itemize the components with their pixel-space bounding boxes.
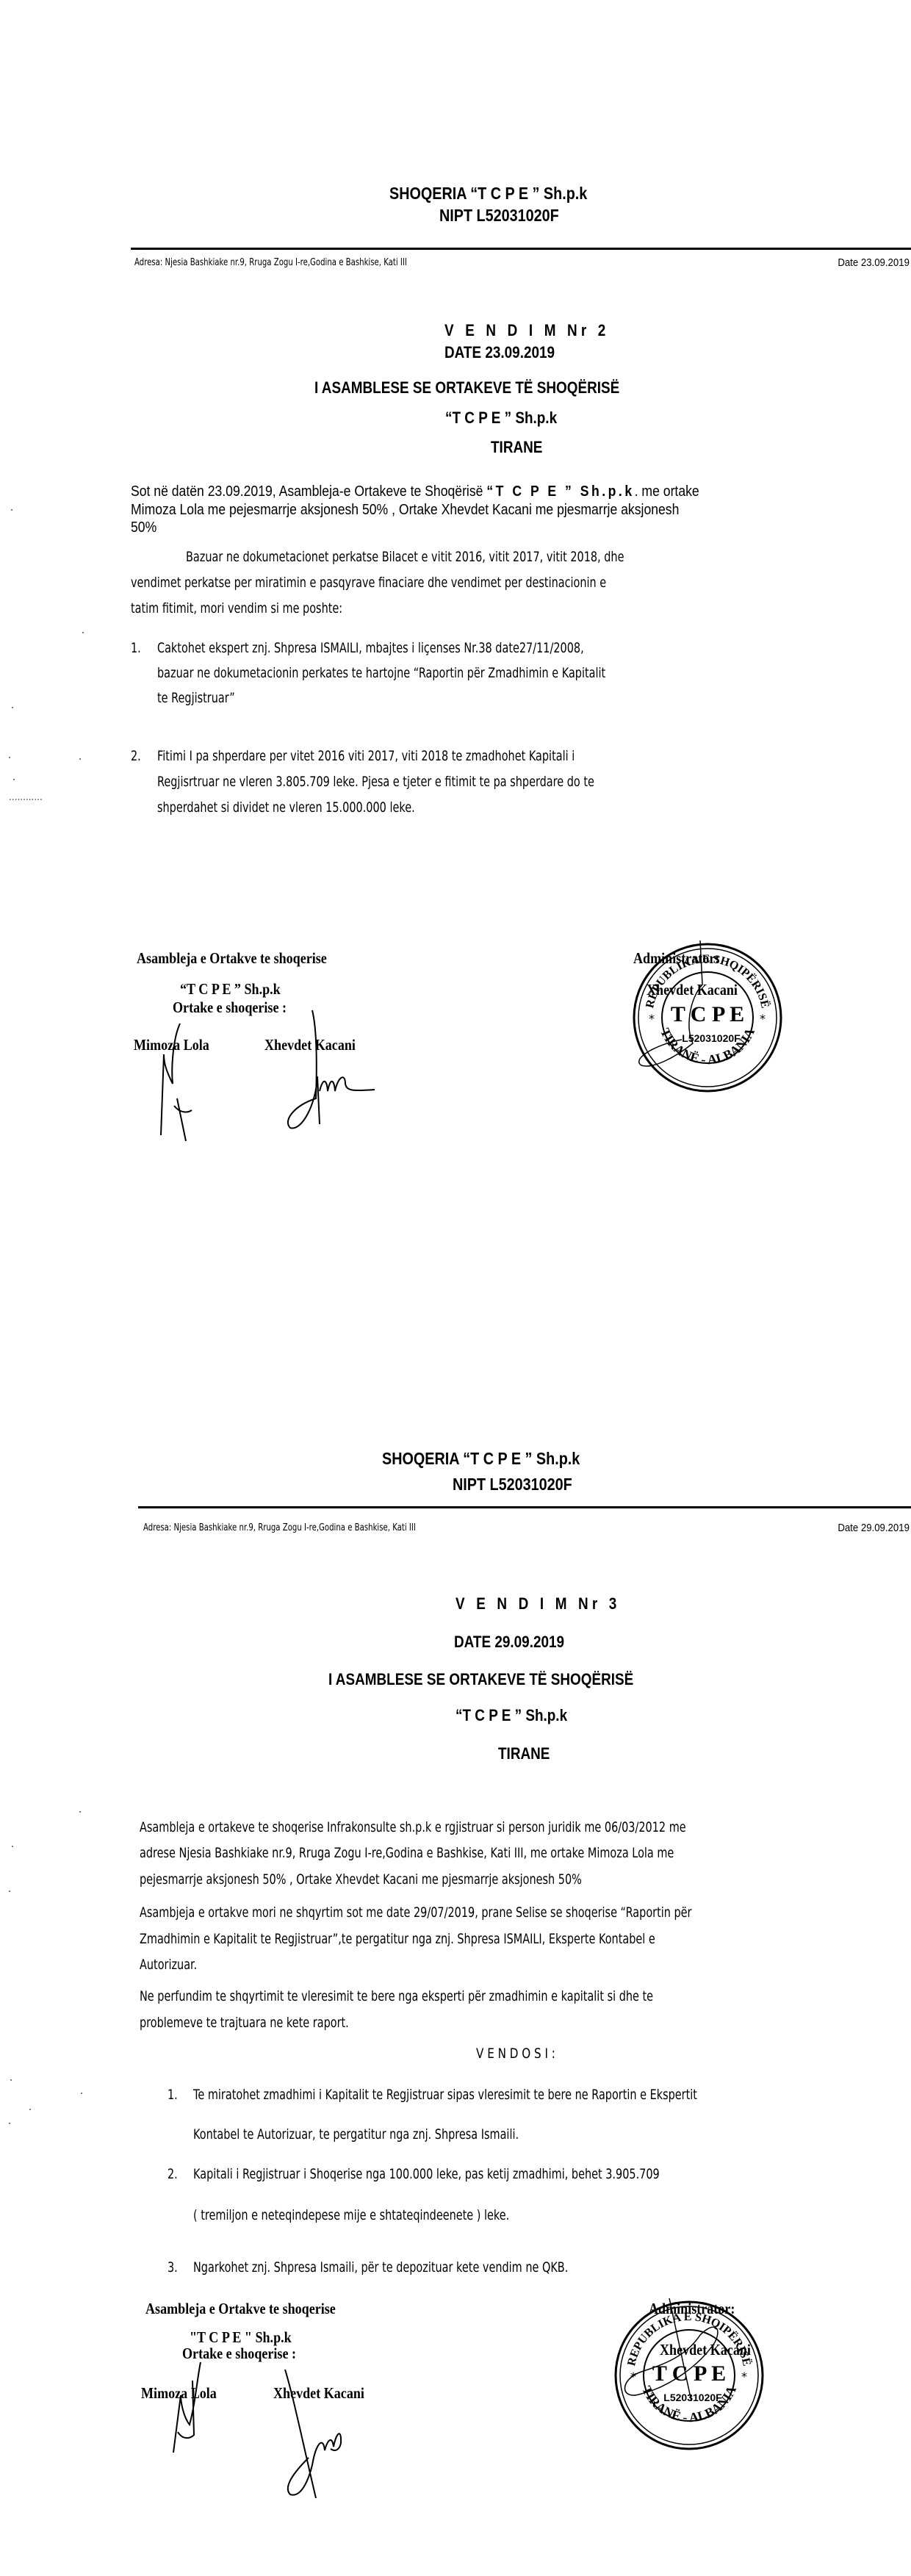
item-2-number: 2. bbox=[131, 748, 141, 764]
p2-item-1-line-2: Kontabel te Autorizuar, te pergatitur ng… bbox=[193, 2126, 519, 2143]
company-nipt: NIPT L52031020F bbox=[439, 206, 559, 226]
stamp-center-text: T C P E bbox=[671, 1002, 744, 1026]
paragraph-1-line-2: adrese Njesia Bashkiake nr.9, Rruga Zogu… bbox=[140, 1845, 674, 1861]
basis-line-1: Bazuar ne dokumetacionet perkatse Bilace… bbox=[186, 549, 624, 565]
partner-2-signature-icon bbox=[264, 1010, 382, 1135]
p2-item-1-number: 1. bbox=[168, 2087, 178, 2103]
paragraph-1-line-1: Asambleja e ortakeve te shoqerise Infrak… bbox=[140, 1819, 686, 1835]
intro-text-end: . me ortake bbox=[635, 483, 699, 500]
paragraph-3-line-1: Ne perfundim te shqyrtimit te vleresimit… bbox=[140, 1988, 653, 2004]
decision-number-2: V E N D I M Nr 3 bbox=[455, 1594, 621, 1613]
svg-text:*: * bbox=[760, 1012, 766, 1026]
p2-item-2-line-1: Kapitali i Regjistruar i Shoqerise nga 1… bbox=[193, 2166, 660, 2182]
paragraph-1-line-3: pejesmarrje aksjonesh 50% , Ortake Xhevd… bbox=[140, 1871, 582, 1888]
decision-date-2: DATE 29.09.2019 bbox=[454, 1633, 564, 1652]
item-1-line-1: Caktohet ekspert znj. Shpresa ISMAILI, m… bbox=[157, 640, 584, 656]
intro-text: Sot në datën 23.09.2019, Asambleja-e Ort… bbox=[131, 483, 486, 500]
intro-line-1: Sot në datën 23.09.2019, Asambleja-e Ort… bbox=[131, 483, 699, 500]
company-name: SHOQERIA “T C P E ” Sh.p.k bbox=[389, 184, 587, 204]
paragraph-2-line-2: Zmadhimin e Kapitalit te Regjistruar”,te… bbox=[140, 1931, 655, 1947]
p2-item-3-line-1: Ngarkohet znj. Shpresa Ismaili, për te d… bbox=[193, 2259, 568, 2275]
intro-line-3: 50% bbox=[131, 519, 156, 536]
intro-line-2: Mimoza Lola me pejesmarrje aksjonesh 50%… bbox=[131, 502, 679, 519]
stamp-outer-text: REPUBLIKA E SHQIPËRISË bbox=[644, 953, 772, 1010]
basis-line-2: vendimet perkatse per miratimin e pasqyr… bbox=[131, 575, 606, 591]
svg-text:REPUBLIKA E SHQIPËRISË: REPUBLIKA E SHQIPËRISË bbox=[625, 2311, 754, 2367]
header-date: Date 23.09.2019 bbox=[838, 256, 910, 269]
item-1-line-2: bazuar ne dokumetacionin perkates te har… bbox=[157, 665, 605, 681]
svg-text:REPUBLIKA E SHQIPËRISË: REPUBLIKA E SHQIPËRISË bbox=[644, 953, 772, 1010]
basis-line-3: tatim fitimit, mori vendim si me poshte: bbox=[131, 600, 342, 616]
decided-label: VENDOSI: bbox=[476, 2046, 559, 2062]
company-address-2: Adresa: Njesia Bashkiake nr.9, Rruga Zog… bbox=[143, 1522, 416, 1533]
paragraph-2-line-3: Autorizuar. bbox=[140, 1957, 197, 1973]
company-name-2: SHOQERIA “T C P E ” Sh.p.k bbox=[382, 1449, 580, 1469]
company-title: “T C P E ” Sh.p.k bbox=[445, 409, 557, 428]
svg-text:*: * bbox=[741, 2370, 747, 2383]
company-title-2: “T C P E ” Sh.p.k bbox=[455, 1706, 567, 1725]
signature-assembly-label-2: Asambleja e Ortakve te shoqerise bbox=[145, 2300, 336, 2318]
p2-item-2-line-2: ( tremiljon e neteqindepese mije e shtat… bbox=[193, 2207, 509, 2223]
p2-item-2-number: 2. bbox=[168, 2166, 178, 2182]
assembly-title: I ASAMBLESE SE ORTAKEVE TË SHOQËRISË bbox=[314, 378, 619, 397]
stamp-center-text-2: T C P E bbox=[652, 2361, 726, 2386]
partner-2-signature-2-icon bbox=[279, 2370, 353, 2502]
svg-text:*: * bbox=[649, 1012, 655, 1026]
signature-company: “T C P E ” Sh.p.k bbox=[180, 980, 281, 999]
partner-1-signature-2-icon bbox=[168, 2359, 212, 2454]
company-nipt-2: NIPT L52031020F bbox=[453, 1475, 572, 1494]
decision-number: V E N D I M Nr 2 bbox=[444, 321, 610, 340]
margin-dots: ............ bbox=[9, 792, 43, 802]
item-2-line-2: Regjisrtruar ne vleren 3.805.709 leke. P… bbox=[157, 774, 594, 790]
header-divider-2 bbox=[138, 1506, 911, 1508]
header-divider bbox=[131, 248, 911, 250]
intro-company: “T C P E ” Sh.p.k bbox=[486, 483, 634, 500]
item-2-line-1: Fitimi I pa shperdare per vitet 2016 vit… bbox=[157, 748, 575, 764]
company-stamp-2-icon: REPUBLIKA E SHQIPËRISË TIRANË - ALBANIA … bbox=[612, 2298, 766, 2453]
header-date-2: Date 29.09.2019 bbox=[838, 1522, 910, 1534]
signature-assembly-label: Asambleja e Ortakve te shoqerise bbox=[137, 949, 327, 968]
p2-item-3-number: 3. bbox=[168, 2259, 178, 2275]
company-stamp-icon: REPUBLIKA E SHQIPËRISË TIRANË - ALBANIA … bbox=[630, 940, 785, 1095]
decision-date: DATE 23.09.2019 bbox=[444, 343, 555, 362]
company-address: Adresa: Njesia Bashkiake nr.9, Rruga Zog… bbox=[134, 257, 407, 268]
item-1-line-3: te Regjistruar” bbox=[157, 690, 235, 706]
partner-1-signature-icon bbox=[151, 1018, 209, 1143]
item-2-line-3: shperdahet si dividet ne vleren 15.000.0… bbox=[157, 799, 415, 816]
paragraph-3-line-2: problemeve te trajtuara ne kete raport. bbox=[140, 2015, 349, 2031]
city-title: TIRANE bbox=[491, 438, 542, 457]
p2-item-1-line-1: Te miratohet zmadhimi i Kapitalit te Reg… bbox=[193, 2087, 697, 2103]
city-title-2: TIRANE bbox=[498, 1744, 550, 1763]
stamp-nipt-2: L52031020F bbox=[663, 2392, 722, 2403]
paragraph-2-line-1: Asambjeja e ortakve mori ne shqyrtim sot… bbox=[140, 1904, 691, 1921]
stamp-outer-text-2: REPUBLIKA E SHQIPËRISË bbox=[625, 2311, 754, 2367]
item-1-number: 1. bbox=[131, 640, 141, 656]
assembly-title-2: I ASAMBLESE SE ORTAKEVE TË SHOQËRISË bbox=[328, 1670, 633, 1689]
